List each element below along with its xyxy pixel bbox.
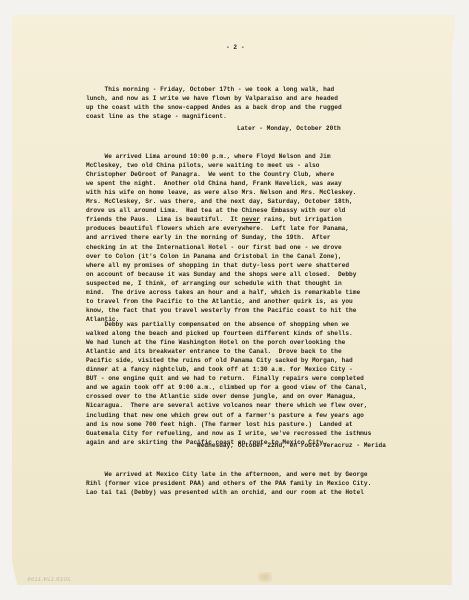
text-line: produces beautiful flowers which are eve…: [86, 225, 349, 232]
text-line: crossed over to the Atlantic side over d…: [86, 393, 356, 400]
text-line: including that new one which grew out of…: [86, 412, 364, 419]
text-line: coast line as the stage - magnificent.: [86, 113, 227, 120]
text-line: where all my promises of shopping in tha…: [86, 262, 349, 269]
text-line: checking in at the International Hotel -…: [86, 244, 342, 251]
page-number: - 2 -: [226, 43, 245, 52]
text-line: Debby was partially compensated on the a…: [86, 321, 349, 328]
text-line: This morning - Friday, October 17th - we…: [86, 86, 334, 93]
text-line: drove us all around Lima. Had tea at the…: [86, 207, 345, 214]
archive-stamp: 2019.124.1156: [27, 577, 71, 583]
text-line: walked along the beach and picked up fou…: [86, 330, 353, 337]
text-line: and we again took off at 9:00 a.m., clim…: [86, 384, 368, 391]
text-line: on account of because it was Sunday and …: [86, 271, 356, 278]
paragraph-debby-shells: Debby was partially compensated on the a…: [86, 311, 371, 447]
text-line: We arrived Lima around 10:00 p.m., where…: [86, 153, 331, 160]
text-line: We had lunch at the fine Washington Hote…: [86, 339, 345, 346]
date-heading-oct-20: Later - Monday, October 20th: [237, 124, 341, 133]
text-line: Rihl (former vice president PAA) and oth…: [86, 480, 371, 487]
paragraph-mexico-city: We arrived at Mexico City late in the af…: [86, 461, 371, 497]
text-line: over to Colon (it's Colon in Panama and …: [86, 253, 342, 260]
text-line: Nicaragua. There are several active volc…: [86, 402, 368, 409]
text-line: Atlantic and its breakwater entrance to …: [86, 348, 342, 355]
paragraph-friday-oct-17: This morning - Friday, October 17th - we…: [86, 76, 342, 121]
text-line: and is now some 700 feet high. (The farm…: [86, 421, 353, 428]
text-line: Guatemala City for refueling, and now as…: [86, 430, 371, 437]
text-line: Christopher DeGroot of Panagra. We went …: [86, 171, 334, 178]
text-line: Lao tai tai (Debby) was presented with a…: [86, 489, 364, 496]
text-line: BUT - one engine quit and we had to retu…: [86, 375, 364, 382]
text-line: Mrs. McCleskey, Sr. was there, and the n…: [86, 198, 353, 205]
text-line: we spent the night. Another old China ha…: [86, 180, 342, 187]
text-line: friends the Paus. Lima is beautiful. It: [86, 216, 242, 223]
date-heading-oct-22: Wednesday, October 22nd, en route Veracr…: [197, 441, 386, 450]
text-line: dinner at a fancy nightclub, and took of…: [86, 366, 353, 373]
text-line: McCleskey, two old China pilots, were wa…: [86, 162, 319, 169]
text-line: up the coast with the snow-capped Andes …: [86, 104, 342, 111]
text-line: lunch, and now as I write we have flown …: [86, 95, 338, 102]
underlined-word: never: [242, 216, 261, 223]
text-line: and arrived there early in the morning o…: [86, 234, 331, 241]
text-line: with his wife on home leave, as were als…: [86, 189, 356, 196]
text-line: Pacific side, visited the ruins of old P…: [86, 357, 353, 364]
text-line: to travel from the Pacific to the Atlant…: [86, 298, 353, 305]
paper-stain: [258, 572, 272, 582]
text-line: suspected me, I think, of arranging our …: [86, 280, 342, 287]
text-line-rest: rains, but irrigation: [260, 216, 342, 223]
text-line: We arrived at Mexico City late in the af…: [86, 471, 368, 478]
paragraph-lima-panama: We arrived Lima around 10:00 p.m., where…: [86, 143, 360, 324]
text-line: mind. The drive across takes an hour and…: [86, 289, 360, 296]
